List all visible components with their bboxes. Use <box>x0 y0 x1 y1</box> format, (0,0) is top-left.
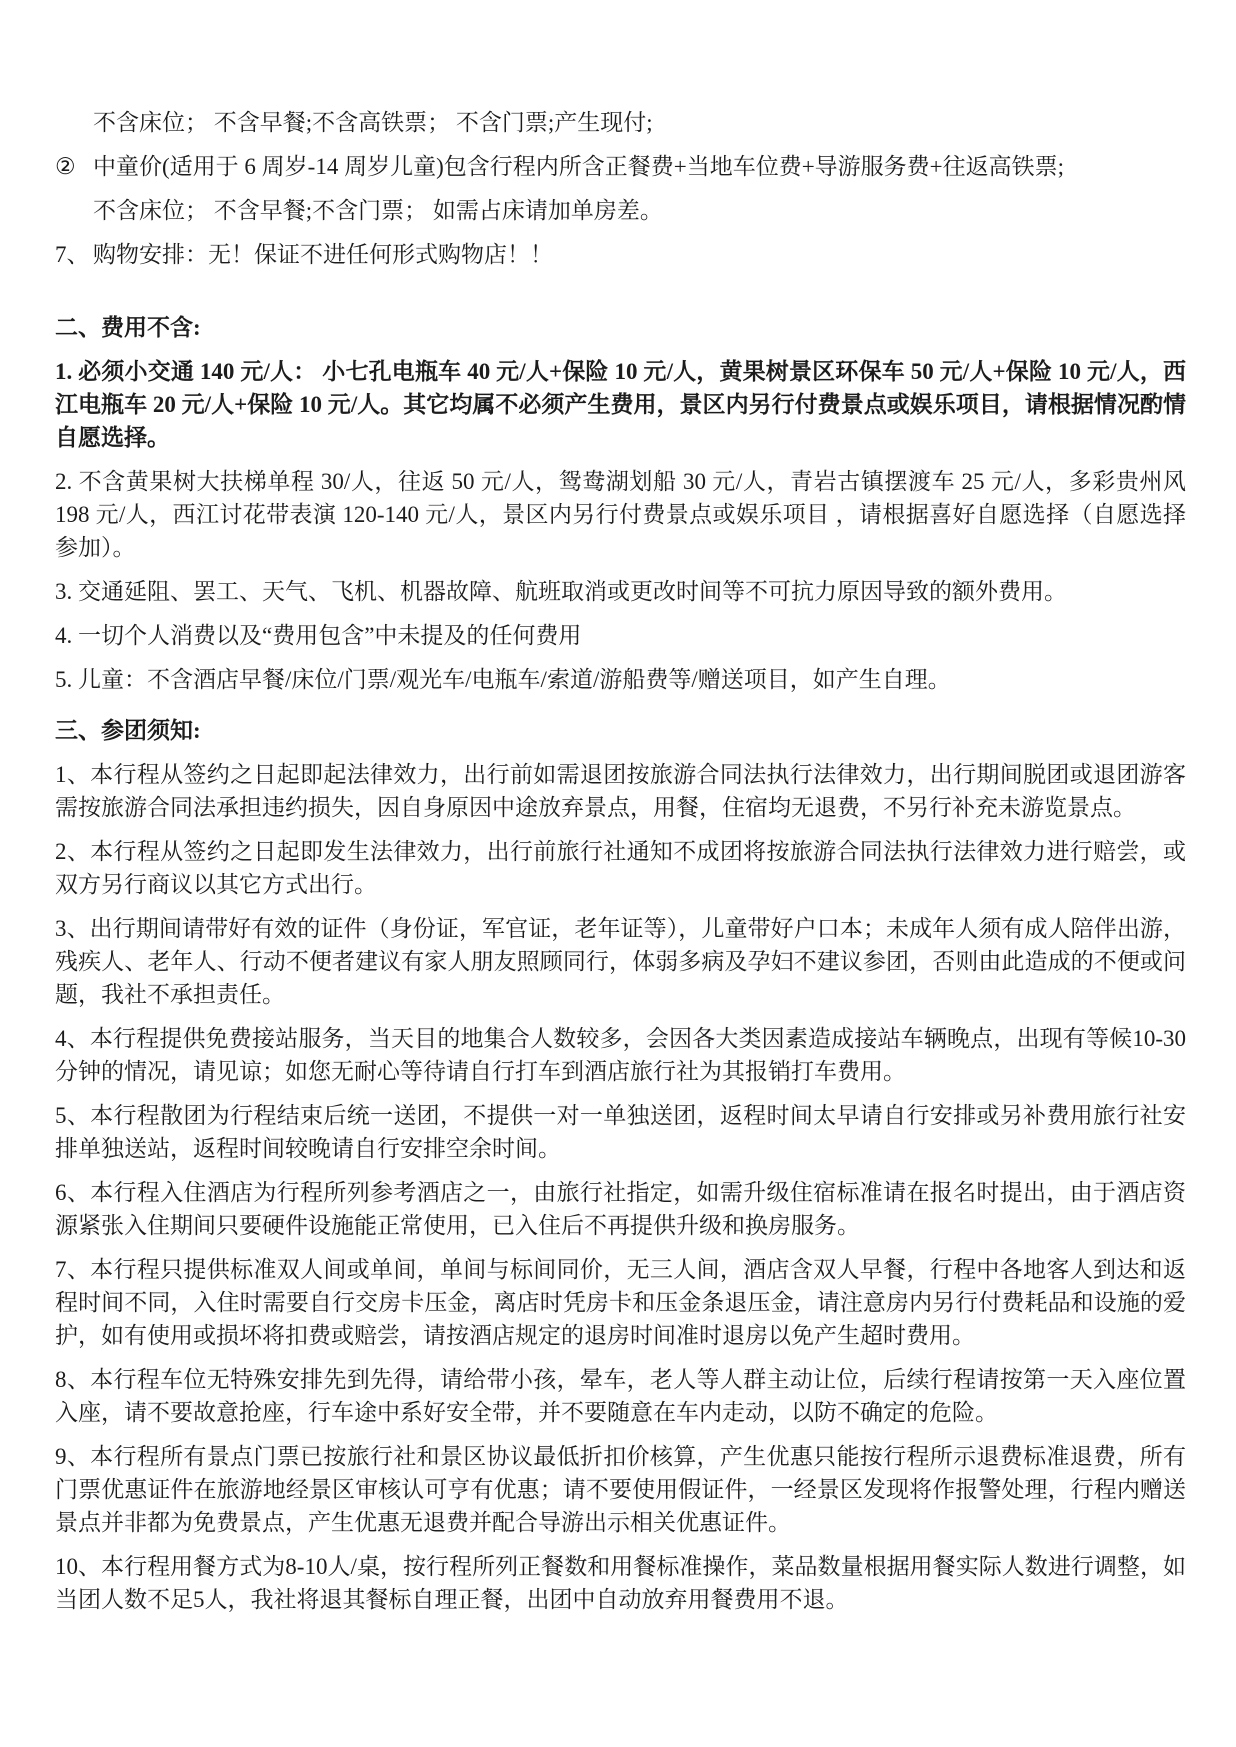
fees-item-3: 3. 交通延阻、罢工、天气、飞机、机器故障、航班取消或更改时间等不可抗力原因导致… <box>55 575 1186 608</box>
section-heading-group-notice: 三、参团须知: <box>55 714 1186 747</box>
notes-item-1: 1、本行程从签约之日起即起法律效力，出行前如需退团按旅游合同法执行法律效力，出行… <box>55 758 1186 824</box>
fees-item-4: 4. 一切个人消费以及“费用包含”中未提及的任何费用 <box>55 619 1186 652</box>
intro-item-child-line2: 不含床位； 不含早餐;不含门票； 如需占床请加单房差。 <box>93 194 1186 227</box>
item-7-marker: 7、 <box>55 238 93 271</box>
fees-item-1: 1. 必须小交通 140 元/人： 小七孔电瓶车 40 元/人+保险 10 元/… <box>55 355 1186 454</box>
fees-item-2: 2. 不含黄果树大扶梯单程 30/人，往返 50 元/人，鸳鸯湖划船 30 元/… <box>55 465 1186 564</box>
document-page: 不含床位； 不含早餐;不含高铁票； 不含门票;产生现付; ② 中童价(适用于 6… <box>0 0 1236 1747</box>
notes-item-2: 2、本行程从签约之日起即发生法律效力，出行前旅行社通知不成团将按旅游合同法执行法… <box>55 835 1186 901</box>
notes-item-9: 9、本行程所有景点门票已按旅行社和景区协议最低折扣价核算，产生优惠只能按行程所示… <box>55 1440 1186 1539</box>
intro-indent-spacer <box>55 194 93 227</box>
intro-line1-text: 不含床位； 不含早餐;不含高铁票； 不含门票;产生现付; <box>93 106 1186 139</box>
fees-item-5: 5. 儿童：不含酒店早餐/床位/门票/观光车/电瓶车/索道/游船费等/赠送项目，… <box>55 663 1186 696</box>
notes-item-3: 3、出行期间请带好有效的证件（身份证，军官证，老年证等），儿童带好户口本；未成年… <box>55 912 1186 1011</box>
notes-item-4: 4、本行程提供免费接站服务，当天目的地集合人数较多，会因各大类因素造成接站车辆晚… <box>55 1022 1186 1088</box>
notes-item-10: 10、本行程用餐方式为8-10人/桌，按行程所列正餐数和用餐标准操作，菜品数量根… <box>55 1550 1186 1616</box>
notes-item-6: 6、本行程入住酒店为行程所列参考酒店之一，由旅行社指定，如需升级住宿标准请在报名… <box>55 1176 1186 1242</box>
intro-item-child-line1: 中童价(适用于 6 周岁-14 周岁儿童)包含行程内所含正餐费+当地车位费+导游… <box>93 150 1186 183</box>
intro-indent-spacer <box>55 106 93 139</box>
intro-item-shopping-text: 购物安排：无！保证不进任何形式购物店！！ <box>93 238 1186 271</box>
intro-continuation-line: 不含床位； 不含早餐;不含高铁票； 不含门票;产生现付; <box>55 106 1186 139</box>
section-heading-fees-excluded: 二、费用不含: <box>55 311 1186 344</box>
notes-item-5: 5、本行程散团为行程结束后统一送团，不提供一对一单独送团，返程时间太早请自行安排… <box>55 1099 1186 1165</box>
circled-2-marker: ② <box>55 150 93 183</box>
intro-item-child-price: ② 中童价(适用于 6 周岁-14 周岁儿童)包含行程内所含正餐费+当地车位费+… <box>55 150 1186 183</box>
notes-item-8: 8、本行程车位无特殊安排先到先得，请给带小孩，晕车，老人等人群主动让位，后续行程… <box>55 1363 1186 1429</box>
notes-item-7: 7、本行程只提供标准双人间或单间，单间与标间同价，无三人间，酒店含双人早餐，行程… <box>55 1253 1186 1352</box>
intro-item-child-continuation: 不含床位； 不含早餐;不含门票； 如需占床请加单房差。 <box>55 194 1186 227</box>
intro-item-shopping: 7、 购物安排：无！保证不进任何形式购物店！！ <box>55 238 1186 271</box>
